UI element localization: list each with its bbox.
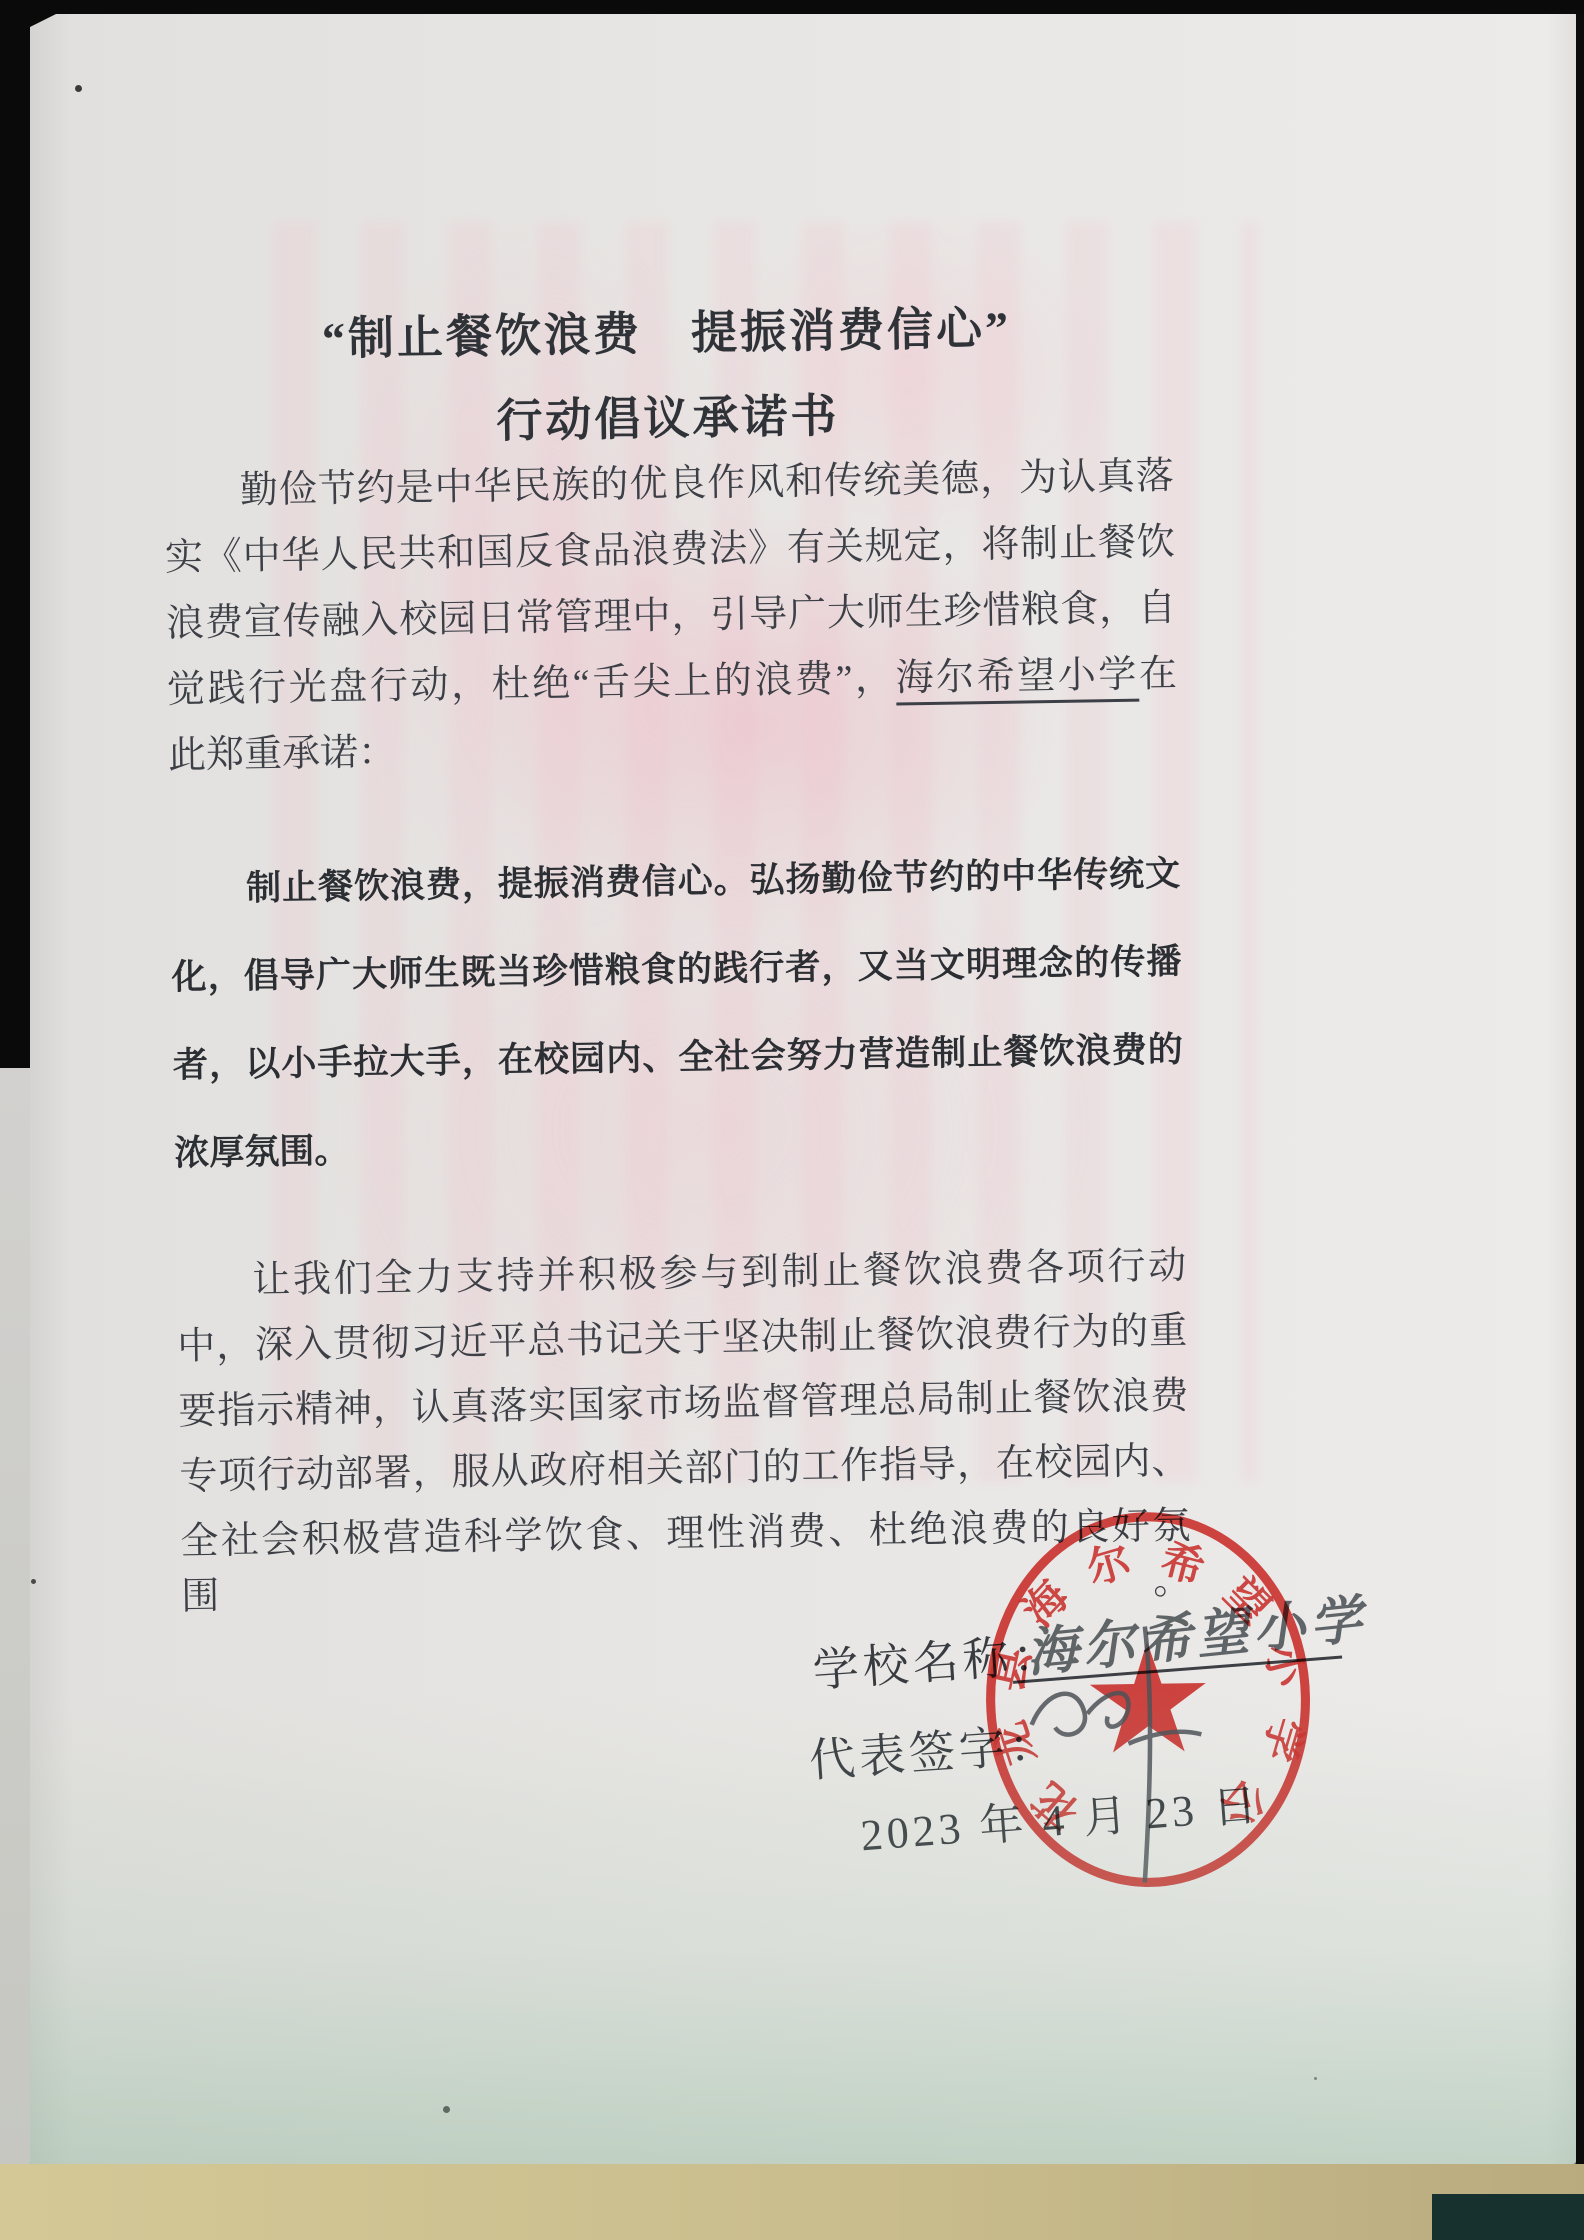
document-content: “制止餐饮浪费 提振消费信心” 行动倡议承诺书 勤俭节约是中华民族的优良作风和传…	[15, 0, 1584, 2176]
stamp-char: 公	[1211, 1770, 1274, 1834]
stamp-char: 县	[984, 1644, 1039, 1696]
paragraph2-line4: 浓厚氛围。	[174, 1110, 1185, 1176]
photographed-document: “制止餐饮浪费 提振消费信心” 行动倡议承诺书 勤俭节约是中华民族的优良作风和传…	[0, 0, 1584, 2240]
stamp-char: 龙	[986, 1716, 1045, 1771]
official-seal-stamp: 花 龙 县 海 尔 希 望 小 学 公	[972, 1502, 1324, 1903]
stamp-char: 小	[1255, 1639, 1311, 1693]
handwritten-school-name: 海尔希望小学	[1022, 1577, 1370, 1687]
pink-bleed-watermark	[228, 222, 1258, 1482]
stamp-char: 希	[1156, 1536, 1209, 1593]
paragraph3-line5: 全社会积极营造科学饮食、理性消费、杜绝浪费的良好氛围。	[180, 1494, 1192, 1620]
paragraph2-line1: 制止餐饮浪费，提振消费信心。弘扬勤俭节约的中华传统文	[170, 846, 1181, 912]
paragraph3-line1: 让我们全力支持并积极参与到制止餐饮浪费各项行动	[176, 1234, 1187, 1305]
background-corner-shadow	[0, 0, 84, 42]
desk-surface	[0, 2164, 1584, 2240]
stamp-char: 尔	[1082, 1536, 1137, 1594]
stamp-star	[1089, 1641, 1207, 1753]
stamp-char: 花	[1024, 1773, 1088, 1837]
stamp-ring-text: 花 龙 县 海 尔 希 望 小 学 公	[982, 1533, 1314, 1838]
representative-signature-label: 代表签字：	[807, 1708, 1061, 1791]
desk-object	[1432, 2194, 1584, 2240]
document-title-line1: “制止餐饮浪费 提振消费信心”	[161, 289, 1172, 371]
page-stack-edge	[0, 1068, 30, 2168]
stamp-char: 海	[1014, 1572, 1078, 1636]
paragraph1-line2: 实《中华人民共和国反食品浪费法》有关规定，将制止餐饮	[164, 510, 1175, 581]
paragraph3-line3: 要指示精神，认真落实国家市场监督管理总局制止餐饮浪费	[178, 1364, 1189, 1435]
paper-sheet: “制止餐饮浪费 提振消费信心” 行动倡议承诺书 勤俭节约是中华民族的优良作风和传…	[28, 12, 1576, 2164]
paper-specks	[75, 85, 82, 92]
document-date: 2023 年 4 月 23 日	[858, 1769, 1263, 1864]
school-name-label: 学校名称：	[810, 1618, 1064, 1701]
paragraph1-line4-pre: 觉践行光盘行动，杜绝“舌尖上的浪费”，	[167, 658, 896, 711]
paragraph3-line4: 专项行动部署，服从政府相关部门的工作指导，在校园内、	[179, 1429, 1190, 1500]
school-name-blank-line	[1013, 1656, 1342, 1684]
school-name-underlined: 海尔希望小学	[895, 654, 1139, 706]
paragraph3-line2: 中，深入贯彻习近平总书记关于坚决制止餐饮浪费行为的重	[177, 1299, 1188, 1370]
paragraph2-line3: 者，以小手拉大手，在校园内、全社会努力营造制止餐饮浪费的	[173, 1022, 1184, 1088]
stamp-ring-border	[988, 1514, 1308, 1884]
paragraph1-line4-post: 在	[1139, 653, 1178, 696]
background-top-edge	[0, 0, 1584, 14]
paragraph1-line1: 勤俭节约是中华民族的优良作风和传统美德，为认真落	[163, 444, 1174, 515]
paragraph1-line5: 此郑重承诺：	[168, 708, 1179, 779]
paragraph1-line3: 浪费宣传融入校园日常管理中，引导广大师生珍惜粮食，自	[166, 576, 1177, 647]
document-title-line2: 行动倡议承诺书	[162, 374, 1173, 456]
background-left-edge	[0, 0, 30, 1068]
paragraph1-line4: 觉践行光盘行动，杜绝“舌尖上的浪费”，海尔希望小学在	[167, 642, 1178, 713]
paragraph2-line2: 化，倡导广大师生既当珍惜粮食的践行者，又当文明理念的传播	[171, 934, 1182, 1000]
stamp-char: 望	[1215, 1569, 1279, 1633]
representative-signature-scribble	[1030, 1626, 1204, 1885]
stamp-char: 学	[1253, 1712, 1311, 1766]
